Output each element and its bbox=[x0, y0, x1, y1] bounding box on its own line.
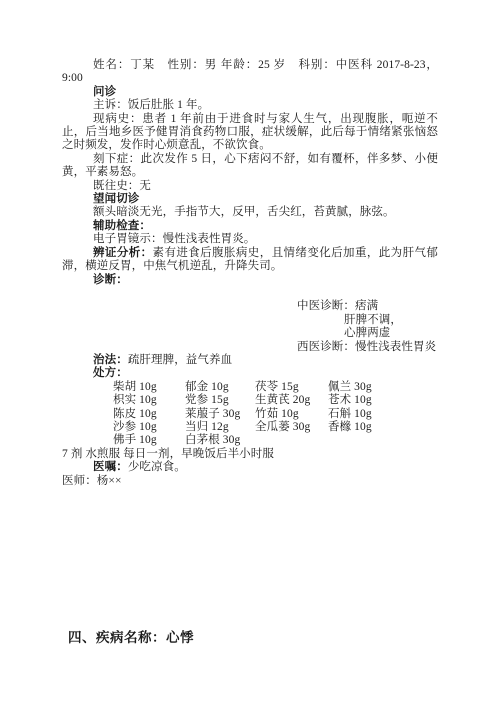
prescription-cell: 竹茹 10g bbox=[255, 408, 328, 421]
medical-advice-label: 医嘱： bbox=[93, 461, 128, 473]
past-history: 既往史：无 bbox=[62, 180, 438, 193]
section-title-prescription: 处方： bbox=[62, 367, 438, 380]
prescription-cell: 苍术 10g bbox=[328, 394, 438, 407]
tcm-diagnosis-line3: 心脾两虚 bbox=[297, 327, 438, 340]
prescription-cell bbox=[328, 434, 438, 447]
treatment-method: 治法：疏肝理脾，益气养血 bbox=[62, 354, 438, 367]
prescription-cell: 党参 15g bbox=[185, 394, 255, 407]
diagnosis-block: 中医诊断：痞满 肝脾不调， 心脾两虚 西医诊断：慢性浅表性胃炎 bbox=[297, 300, 438, 354]
section-title-diagnosis: 诊断： bbox=[62, 274, 438, 287]
prescription-usage: 7 剂 水煎服 每日一剂，早晚饭后半小时服 bbox=[62, 448, 438, 461]
section-title-wangwenqie: 望闻切诊 bbox=[62, 193, 438, 206]
tcm-diagnosis: 中医诊断：痞满 bbox=[297, 300, 438, 313]
prescription-cell: 香橼 10g bbox=[328, 421, 438, 434]
tcm-diagnosis-line2: 肝脾不调， bbox=[297, 314, 438, 327]
prescription-cell: 石斛 10g bbox=[328, 408, 438, 421]
section-title-auxiliary: 辅助检查： bbox=[62, 220, 438, 233]
treatment-method-label: 治法： bbox=[93, 354, 128, 366]
prescription-cell: 枳实 10g bbox=[113, 394, 185, 407]
physician-signature: 医师：杨×× bbox=[62, 475, 438, 488]
prescription-cell: 陈皮 10g bbox=[113, 408, 185, 421]
medical-advice: 医嘱：少吃凉食。 bbox=[62, 461, 438, 474]
patient-header-line: 姓名：丁某 性别：男 年龄：25 岁 科别：中医科 2017-8-23，9:00 bbox=[62, 59, 438, 86]
prescription-cell: 茯苓 15g bbox=[255, 381, 328, 394]
prescription-cell: 莱菔子 30g bbox=[185, 408, 255, 421]
syndrome-analysis: 辨证分析：素有进食后腹胀病史，且情绪变化后加重，此为肝气郁滞，横逆反胃，中焦气机… bbox=[62, 247, 438, 274]
prescription-cell: 郁金 10g bbox=[185, 381, 255, 394]
section-title-wenzhen: 问诊 bbox=[62, 86, 438, 99]
history-present-illness: 现病史：患者 1 年前由于进食时与家人生气，出现腹胀，呃逆不止，后当地乡医予健胃… bbox=[62, 113, 438, 153]
disease-name-heading: 四、疾病名称：心悸 bbox=[68, 626, 194, 646]
chief-complaint: 主诉：饭后肚胀 1 年。 bbox=[62, 99, 438, 112]
prescription-cell: 柴胡 10g bbox=[113, 381, 185, 394]
prescription-cell: 全瓜蒌 30g bbox=[255, 421, 328, 434]
present-symptoms: 刻下症：此次发作 5 日，心下痞闷不舒，如有覆杯，伴多梦、小便黄，平素易怒。 bbox=[62, 153, 438, 180]
prescription-cell: 佩兰 30g bbox=[328, 381, 438, 394]
prescription-cell: 白茅根 30g bbox=[185, 434, 255, 447]
auxiliary-result: 电子胃镜示：慢性浅表性胃炎。 bbox=[62, 233, 438, 246]
prescription-cell: 当归 12g bbox=[185, 421, 255, 434]
medical-record-page: 姓名：丁某 性别：男 年龄：25 岁 科别：中医科 2017-8-23，9:00… bbox=[0, 0, 500, 707]
syndrome-analysis-label: 辨证分析： bbox=[93, 247, 153, 259]
medical-advice-text: 少吃凉食。 bbox=[128, 461, 186, 473]
western-diagnosis: 西医诊断：慢性浅表性胃炎 bbox=[297, 341, 438, 354]
prescription-cell: 生黄芪 20g bbox=[255, 394, 328, 407]
inspection-findings: 额头暗淡无光，手指节大，反甲，舌尖红，苔黄腻，脉弦。 bbox=[62, 206, 438, 219]
prescription-cell: 沙参 10g bbox=[113, 421, 185, 434]
prescription-cell bbox=[255, 434, 328, 447]
medical-record-document: 姓名：丁某 性别：男 年龄：25 岁 科别：中医科 2017-8-23，9:00… bbox=[62, 59, 438, 488]
treatment-method-text: 疏肝理脾，益气养血 bbox=[128, 354, 232, 366]
prescription-grid: 柴胡 10g 郁金 10g 茯苓 15g 佩兰 30g 枳实 10g 党参 15… bbox=[113, 381, 438, 448]
prescription-cell: 佛手 10g bbox=[113, 434, 185, 447]
